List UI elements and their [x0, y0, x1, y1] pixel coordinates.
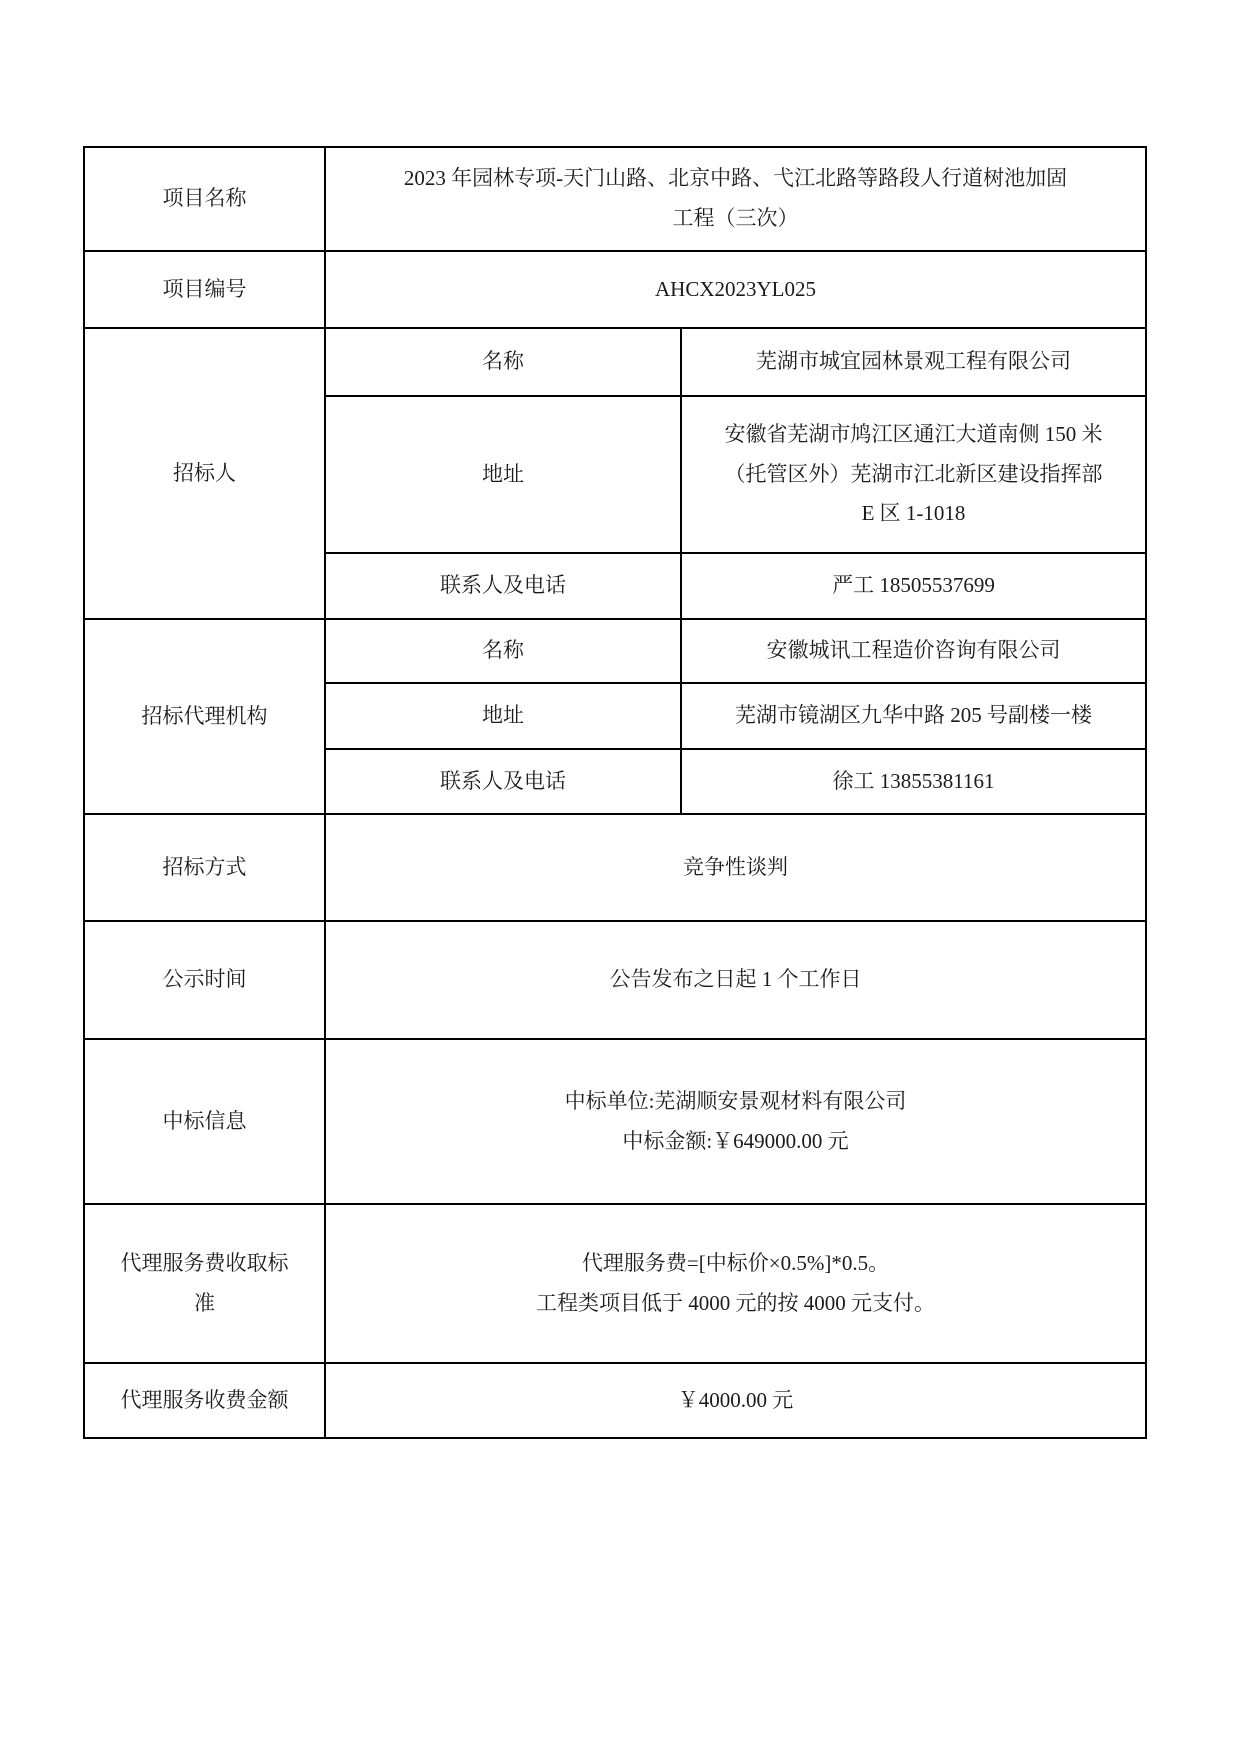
tenderer-name-label: 名称	[325, 328, 681, 396]
row-agency-name: 招标代理机构 名称 安徽城讯工程造价咨询有限公司	[84, 619, 1146, 683]
publicity-period-value: 公告发布之日起 1 个工作日	[325, 921, 1146, 1039]
agency-contact-value: 徐工 13855381161	[681, 749, 1146, 814]
row-agency-fee-standard: 代理服务费收取标 准 代理服务费=[中标价×0.5%]*0.5。 工程类项目低于…	[84, 1204, 1146, 1363]
award-info-label: 中标信息	[84, 1039, 325, 1204]
tenderer-section-label: 招标人	[84, 328, 325, 619]
tenderer-contact-label: 联系人及电话	[325, 553, 681, 619]
row-publicity-period: 公示时间 公告发布之日起 1 个工作日	[84, 921, 1146, 1039]
agency-fee-amount-value: ￥4000.00 元	[325, 1363, 1146, 1438]
project-number-value: AHCX2023YL025	[325, 251, 1146, 328]
agency-fee-standard-value: 代理服务费=[中标价×0.5%]*0.5。 工程类项目低于 4000 元的按 4…	[325, 1204, 1146, 1363]
project-name-label: 项目名称	[84, 147, 325, 251]
agency-name-value: 安徽城讯工程造价咨询有限公司	[681, 619, 1146, 683]
agency-fee-amount-label: 代理服务收费金额	[84, 1363, 325, 1438]
agency-contact-label: 联系人及电话	[325, 749, 681, 814]
tender-method-label: 招标方式	[84, 814, 325, 921]
tenderer-name-value: 芜湖市城宜园林景观工程有限公司	[681, 328, 1146, 396]
row-award-info: 中标信息 中标单位:芜湖顺安景观材料有限公司 中标金额:￥649000.00 元	[84, 1039, 1146, 1204]
agency-section-label: 招标代理机构	[84, 619, 325, 814]
tenderer-address-label: 地址	[325, 396, 681, 553]
row-tenderer-name: 招标人 名称 芜湖市城宜园林景观工程有限公司	[84, 328, 1146, 396]
tenderer-address-value: 安徽省芜湖市鸠江区通江大道南侧 150 米 （托管区外）芜湖市江北新区建设指挥部…	[681, 396, 1146, 553]
project-number-label: 项目编号	[84, 251, 325, 328]
project-name-value: 2023 年园林专项-天门山路、北京中路、弋江北路等路段人行道树池加固 工程（三…	[325, 147, 1146, 251]
agency-fee-standard-label: 代理服务费收取标 准	[84, 1204, 325, 1363]
agency-address-value: 芜湖市镜湖区九华中路 205 号副楼一楼	[681, 683, 1146, 749]
tender-result-table: 项目名称 2023 年园林专项-天门山路、北京中路、弋江北路等路段人行道树池加固…	[83, 146, 1147, 1439]
agency-address-label: 地址	[325, 683, 681, 749]
row-project-number: 项目编号 AHCX2023YL025	[84, 251, 1146, 328]
award-info-value: 中标单位:芜湖顺安景观材料有限公司 中标金额:￥649000.00 元	[325, 1039, 1146, 1204]
row-project-name: 项目名称 2023 年园林专项-天门山路、北京中路、弋江北路等路段人行道树池加固…	[84, 147, 1146, 251]
agency-name-label: 名称	[325, 619, 681, 683]
tenderer-contact-value: 严工 18505537699	[681, 553, 1146, 619]
tender-method-value: 竞争性谈判	[325, 814, 1146, 921]
row-tender-method: 招标方式 竞争性谈判	[84, 814, 1146, 921]
row-agency-fee-amount: 代理服务收费金额 ￥4000.00 元	[84, 1363, 1146, 1438]
document-page: { "page": { "background": "#ffffff", "te…	[0, 0, 1239, 1754]
publicity-period-label: 公示时间	[84, 921, 325, 1039]
